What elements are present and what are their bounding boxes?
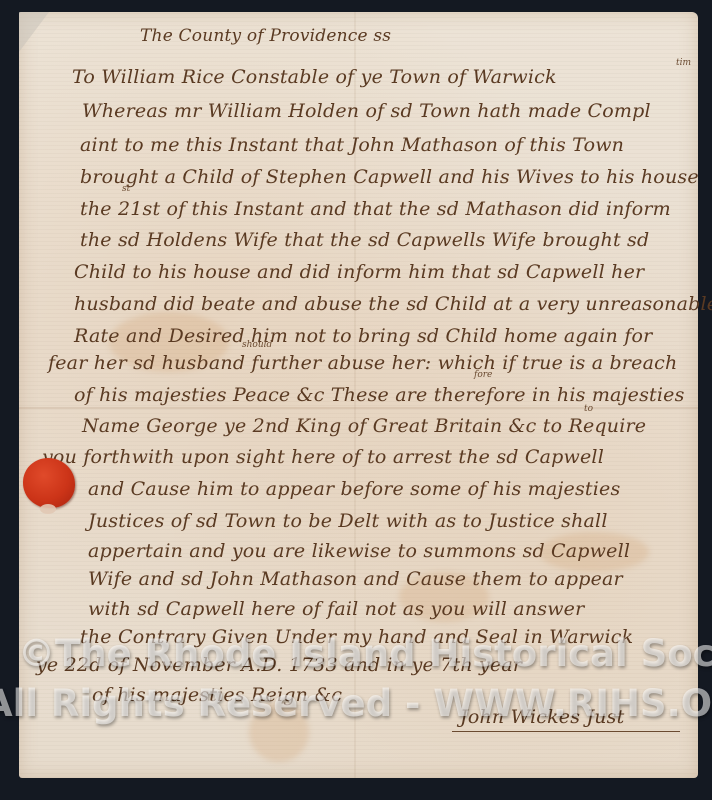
folded-corner	[19, 12, 49, 52]
ordinal-superscript: st	[122, 184, 130, 194]
manuscript-line: To William Rice Constable of ye Town of …	[72, 66, 557, 88]
margin-superscript: tim	[676, 58, 691, 68]
manuscript-line: fear her sd husband further abuse her: w…	[48, 352, 677, 374]
manuscript-line: Whereas mr William Holden of sd Town hat…	[82, 100, 651, 122]
manuscript-line: with sd Capwell here of fail not as you …	[88, 598, 584, 620]
manuscript-line: and Cause him to appear before some of h…	[88, 478, 620, 500]
seal-paper-tab	[40, 504, 56, 514]
interlinear-superscript: fore	[474, 370, 492, 380]
manuscript-line: the 21st of this Instant and that the sd…	[80, 198, 671, 220]
manuscript-line: husband did beate and abuse the sd Child…	[74, 293, 712, 315]
signature-underline	[452, 731, 680, 732]
manuscript-line: Name George ye 2nd King of Great Britain…	[82, 415, 646, 437]
manuscript-line: of his majesties Peace &c These are ther…	[74, 384, 685, 406]
manuscript-line: appertain and you are likewise to summon…	[88, 540, 630, 562]
rights-watermark: All Rights Reserved - WWW.RIHS.ORG	[0, 682, 696, 725]
manuscript-line: the sd Holdens Wife that the sd Capwells…	[80, 229, 649, 251]
manuscript-line: Justices of sd Town to be Delt with as t…	[88, 510, 608, 532]
manuscript-line: you forthwith upon sight here of to arre…	[42, 446, 604, 468]
document-viewer: The County of Providence ss To William R…	[0, 0, 712, 800]
manuscript-line: Child to his house and did inform him th…	[74, 261, 644, 283]
interlinear-superscript: to	[584, 404, 593, 414]
document-heading: The County of Providence ss	[140, 26, 391, 46]
manuscript-line: aint to me this Instant that John Mathas…	[80, 134, 624, 156]
manuscript-line: brought a Child of Stephen Capwell and h…	[80, 166, 699, 188]
interlinear-superscript: should	[242, 340, 272, 350]
manuscript-line: Wife and sd John Mathason and Cause them…	[88, 568, 623, 590]
wax-seal	[23, 458, 75, 508]
manuscript-line: Rate and Desired him not to bring sd Chi…	[74, 325, 652, 347]
horizontal-fold-crease	[19, 407, 698, 409]
copyright-watermark: ©The Rhode Island Historical Society	[18, 632, 712, 675]
